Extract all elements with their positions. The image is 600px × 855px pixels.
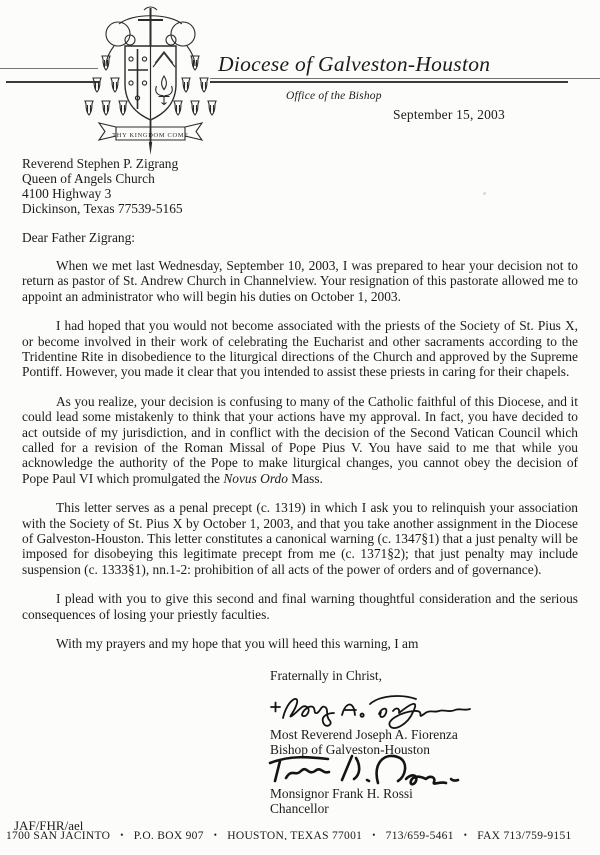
recipient-line: Queen of Angels Church — [22, 172, 183, 187]
chancellor-signature — [266, 750, 462, 788]
letter-body: When we met last Wednesday, September 10… — [22, 258, 578, 666]
body-paragraph: With my prayers and my hope that you wil… — [22, 636, 578, 651]
recipient-line: Dickinson, Texas 77539-5165 — [22, 202, 183, 217]
letter-date: September 15, 2003 — [393, 107, 505, 123]
signer2-title: Chancellor — [270, 801, 329, 816]
footer-address: 1700 SAN JACINTO•P.O. BOX 907•HOUSTON, T… — [6, 830, 596, 840]
letterhead-subtitle: Office of the Bishop — [286, 90, 382, 102]
body-paragraph: When we met last Wednesday, September 10… — [22, 258, 578, 304]
diocese-crest-icon: THY KINGDOM COME — [78, 4, 223, 161]
crest-shield — [125, 46, 176, 120]
scan-speck — [483, 192, 486, 195]
signer1-name: Most Reverend Joseph A. Fiorenza — [270, 727, 458, 742]
salutation: Dear Father Zigrang: — [22, 230, 135, 246]
body-paragraph: This letter serves as a penal precept (c… — [22, 500, 578, 576]
signer2-name: Monsignor Frank H. Rossi — [270, 786, 413, 801]
letterhead-rule-right — [210, 81, 568, 83]
bullet-separator: • — [372, 830, 375, 840]
letterhead-title: Diocese of Galveston-Houston — [218, 52, 490, 77]
footer-address-item: 1700 SAN JACINTO — [6, 830, 110, 840]
bishop-signature — [266, 680, 474, 732]
bullet-separator: • — [214, 830, 217, 840]
body-paragraph: I plead with you to give this second and… — [22, 591, 578, 622]
body-paragraph: As you realize, your decision is confusi… — [22, 394, 578, 486]
letterhead-rule-right-thin — [210, 78, 600, 79]
bullet-separator: • — [120, 830, 123, 840]
bullet-separator: • — [464, 830, 467, 840]
footer-address-item: 713/659-5461 — [386, 830, 454, 840]
scan-speck — [62, 418, 64, 420]
scanned-letter-page: THY KINGDOM COME Diocese of Galveston-Ho… — [0, 0, 600, 855]
crest-cross-icon — [138, 8, 163, 46]
footer-address-item: P.O. BOX 907 — [134, 830, 204, 840]
recipient-line: 4100 Highway 3 — [22, 187, 183, 202]
recipient-line: Reverend Stephen P. Zigrang — [22, 157, 183, 172]
footer-address-item: HOUSTON, TEXAS 77001 — [227, 830, 362, 840]
body-paragraph: I had hoped that you would not become as… — [22, 318, 578, 379]
recipient-block: Reverend Stephen P. ZigrangQueen of Ange… — [22, 157, 183, 217]
footer-address-item: FAX 713/759-9151 — [477, 830, 571, 840]
